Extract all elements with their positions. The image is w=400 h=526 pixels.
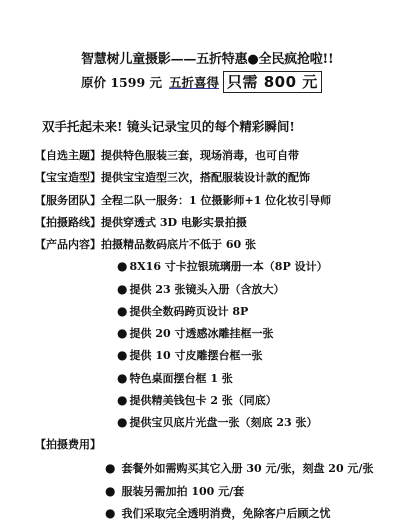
- bullet-icon: ●: [117, 371, 127, 385]
- feature-tag: 【服务团队】: [35, 194, 101, 207]
- feature-tag: 【宝宝造型】: [35, 171, 101, 184]
- product-item: ●提供全数码跨页设计 8P: [117, 303, 248, 319]
- price-row: 原价 1599 元 五折喜得 只需 800 元: [81, 71, 322, 93]
- feature-theme: 【自选主题】提供特色服装三套，现场消毒，也可自带: [35, 147, 299, 163]
- fee-item: ●服装另需加拍 100 元/套: [105, 483, 244, 499]
- product-item: ●提供宝贝底片光盘一张（刻底 23 张）: [117, 414, 317, 430]
- bullet-icon: ●: [105, 484, 115, 498]
- product-item: ●8X16 寸卡拉银琉璃册一本（8P 设计）: [117, 258, 328, 274]
- slogan: 双手托起未来! 镜头记录宝贝的每个精彩瞬间!: [42, 117, 295, 135]
- page-title: 智慧树儿童摄影——五折特惠●全民疯抢啦!!: [81, 48, 334, 67]
- feature-text: 提供宝宝造型三次，搭配服装设计款的配饰: [101, 171, 310, 184]
- product-item: ●提供 20 寸透感冰雕挂框一张: [117, 325, 273, 341]
- feature-tag: 【自选主题】: [35, 149, 101, 162]
- product-item: ●提供 23 张镜头入册（含放大）: [117, 281, 284, 297]
- bullet-icon: ●: [117, 415, 127, 429]
- fees-heading: 【拍摄费用】: [35, 436, 101, 452]
- feature-tag: 【拍摄路线】: [35, 216, 101, 229]
- product-item: ●提供精美钱包卡 2 张（同底）: [117, 392, 277, 408]
- bullet-icon: ●: [117, 393, 127, 407]
- bullet-icon: ●: [117, 259, 127, 273]
- feature-route: 【拍摄路线】提供穿透式 3D 电影实景拍摄: [35, 214, 247, 230]
- feature-text: 全程二队一服务：1 位摄影师+1 位化妆引导师: [101, 194, 331, 207]
- bullet-icon: ●: [105, 461, 115, 475]
- feature-content: 【产品内容】拍摄精品数码底片不低于 60 张: [35, 236, 256, 252]
- bullet-icon: ●: [117, 282, 127, 296]
- bullet-icon: ●: [117, 304, 127, 318]
- bullet-icon: ●: [117, 348, 127, 362]
- bullet-icon: ●: [105, 506, 115, 520]
- feature-team: 【服务团队】全程二队一服务：1 位摄影师+1 位化妆引导师: [35, 192, 331, 208]
- feature-text: 提供穿透式 3D 电影实景拍摄: [101, 216, 247, 229]
- final-price-box: 只需 800 元: [223, 71, 322, 93]
- product-item: ●特色桌面摆台框 1 张: [117, 370, 233, 386]
- feature-tag: 【产品内容】: [35, 238, 101, 251]
- feature-text: 提供特色服装三套，现场消毒，也可自带: [101, 149, 299, 162]
- feature-text: 拍摄精品数码底片不低于 60 张: [101, 238, 256, 251]
- discount-label: 五折喜得: [169, 73, 219, 91]
- product-item: ●提供 10 寸皮雕摆台框一张: [117, 347, 262, 363]
- fee-item: ●我们采取完全透明消费，免除客户后顾之忧: [105, 505, 330, 521]
- fee-item: ●套餐外如需购买其它入册 30 元/张，刻盘 20 元/张: [105, 460, 373, 476]
- original-price: 原价 1599 元: [81, 73, 162, 91]
- feature-styling: 【宝宝造型】提供宝宝造型三次，搭配服装设计款的配饰: [35, 169, 310, 185]
- bullet-icon: ●: [117, 326, 127, 340]
